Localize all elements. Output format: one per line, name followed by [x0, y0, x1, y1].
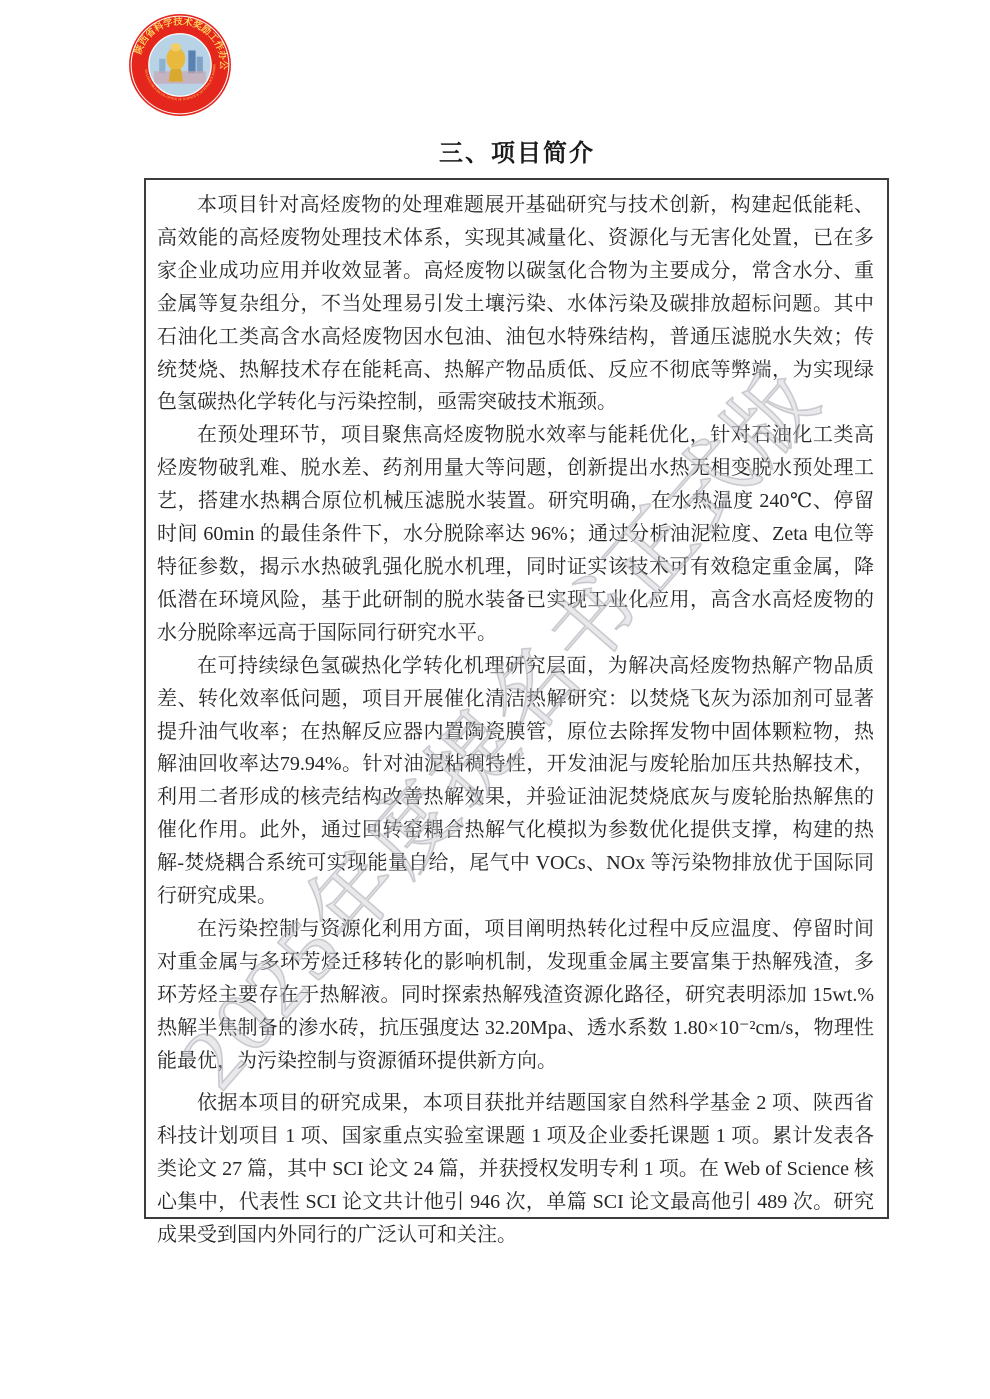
summary-paragraph-3: 在可持续绿色氢碳热化学转化机理研究层面，为解决高烃废物热解产物品质差、转化效率低… — [157, 650, 874, 913]
award-office-seal-logo: 陕西省科学技术奖励工作办公室 SHAANXI PROVINCIAL OFFICE… — [128, 13, 232, 117]
summary-paragraph-1: 本项目针对高烃废物的处理难题展开基础研究与技术创新，构建起低能耗、高效能的高烃废… — [157, 189, 874, 419]
seal-icon: 陕西省科学技术奖励工作办公室 SHAANXI PROVINCIAL OFFICE… — [128, 13, 232, 117]
summary-paragraph-2: 在预处理环节，项目聚焦高烃废物脱水效率与能耗优化，针对石油化工类高烃废物破乳难、… — [157, 419, 874, 649]
project-summary-box: 本项目针对高烃废物的处理难题展开基础研究与技术创新，构建起低能耗、高效能的高烃废… — [144, 178, 889, 1219]
page-title: 三、项目简介 — [145, 133, 889, 168]
summary-paragraph-4: 在污染控制与资源化利用方面，项目阐明热转化过程中反应温度、停留时间对重金属与多环… — [157, 913, 874, 1078]
document-page: 陕西省科学技术奖励工作办公室 SHAANXI PROVINCIAL OFFICE… — [0, 0, 990, 1399]
summary-paragraph-5: 依据本项目的研究成果，本项目获批并结题国家自然科学基金 2 项、陕西省科技计划项… — [157, 1087, 874, 1252]
